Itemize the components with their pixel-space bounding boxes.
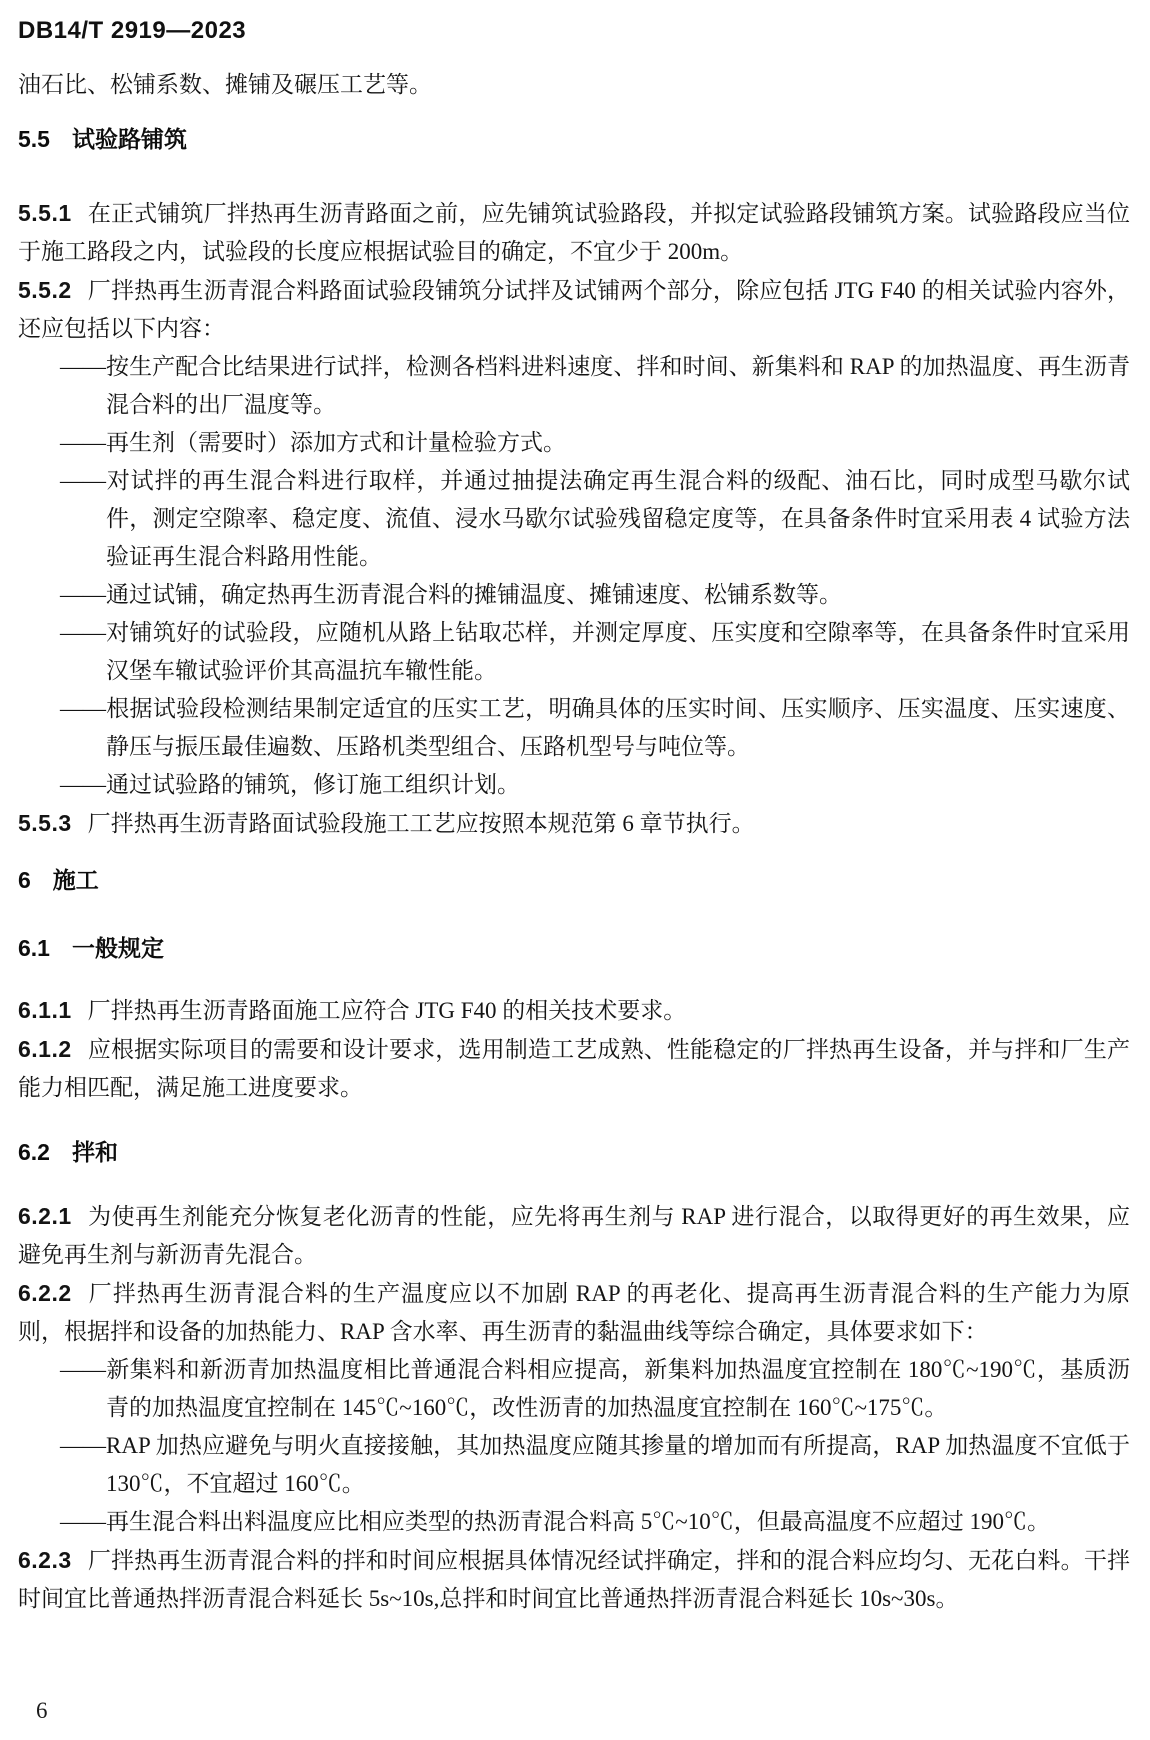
chapter-title: 施工 bbox=[53, 867, 99, 893]
clause-5-5-1: 5.5.1在正式铺筑厂拌热再生沥青路面之前，应先铺筑试验路段，并拟定试验路段铺筑… bbox=[18, 194, 1130, 271]
page-number: 6 bbox=[36, 1698, 48, 1724]
section-number: 6.2 bbox=[18, 1139, 50, 1165]
clause-text: 厂拌热再生沥青路面施工应符合 JTG F40 的相关技术要求。 bbox=[88, 998, 687, 1023]
section-title: 拌和 bbox=[72, 1139, 118, 1165]
section-number: 5.5 bbox=[18, 126, 50, 152]
dash-item: ——再生混合料出料温度应比相应类型的热沥青混合料高 5℃~10℃，但最高温度不应… bbox=[60, 1503, 1130, 1541]
chapter-number: 6 bbox=[18, 867, 31, 893]
clause-text: 厂拌热再生沥青混合料的拌和时间应根据具体情况经试拌确定，拌和的混合料应均匀、无花… bbox=[18, 1548, 1130, 1611]
dash-item: ——RAP 加热应避免与明火直接接触，其加热温度应随其掺量的增加而有所提高，RA… bbox=[60, 1427, 1130, 1503]
section-heading-6-1: 6.1一般规定 bbox=[18, 929, 1130, 967]
section-number: 6.1 bbox=[18, 935, 50, 961]
clause-text: 在正式铺筑厂拌热再生沥青路面之前，应先铺筑试验路段，并拟定试验路段铺筑方案。试验… bbox=[18, 201, 1130, 264]
intro-paragraph: 油石比、松铺系数、摊铺及碾压工艺等。 bbox=[18, 66, 1130, 104]
section-heading-6-2: 6.2拌和 bbox=[18, 1133, 1130, 1171]
clause-number: 6.2.3 bbox=[18, 1547, 72, 1573]
clause-text: 厂拌热再生沥青路面试验段施工工艺应按照本规范第 6 章节执行。 bbox=[88, 811, 755, 836]
section-title: 一般规定 bbox=[72, 935, 164, 961]
clause-5-5-2: 5.5.2厂拌热再生沥青混合料路面试验段铺筑分试拌及试铺两个部分，除应包括 JT… bbox=[18, 271, 1130, 348]
clause-number: 6.1.1 bbox=[18, 997, 72, 1023]
clause-number: 5.5.1 bbox=[18, 200, 72, 226]
clause-5-5-3: 5.5.3厂拌热再生沥青路面试验段施工工艺应按照本规范第 6 章节执行。 bbox=[18, 804, 1130, 843]
dash-item: ——对试拌的再生混合料进行取样，并通过抽提法确定再生混合料的级配、油石比，同时成… bbox=[60, 462, 1130, 576]
dash-item: ——按生产配合比结果进行试拌，检测各档料进料速度、拌和时间、新集料和 RAP 的… bbox=[60, 348, 1130, 424]
clause-6-2-3: 6.2.3厂拌热再生沥青混合料的拌和时间应根据具体情况经试拌确定，拌和的混合料应… bbox=[18, 1541, 1130, 1618]
clause-6-2-1: 6.2.1为使再生剂能充分恢复老化沥青的性能，应先将再生剂与 RAP 进行混合，… bbox=[18, 1197, 1130, 1274]
clause-6-2-2: 6.2.2厂拌热再生沥青混合料的生产温度应以不加剧 RAP 的再老化、提高再生沥… bbox=[18, 1274, 1130, 1351]
dash-item: ——根据试验段检测结果制定适宜的压实工艺，明确具体的压实时间、压实顺序、压实温度… bbox=[60, 690, 1130, 766]
chapter-heading-6: 6施工 bbox=[18, 861, 1130, 899]
section-heading-5-5: 5.5试验路铺筑 bbox=[18, 120, 1130, 158]
clause-text: 厂拌热再生沥青混合料路面试验段铺筑分试拌及试铺两个部分，除应包括 JTG F40… bbox=[18, 278, 1130, 341]
clause-text: 厂拌热再生沥青混合料的生产温度应以不加剧 RAP 的再老化、提高再生沥青混合料的… bbox=[18, 1281, 1130, 1344]
dash-item: ——再生剂（需要时）添加方式和计量检验方式。 bbox=[60, 424, 1130, 462]
clause-6-1-2: 6.1.2应根据实际项目的需要和设计要求，选用制造工艺成熟、性能稳定的厂拌热再生… bbox=[18, 1030, 1130, 1107]
clause-number: 6.2.1 bbox=[18, 1203, 72, 1229]
clause-text: 应根据实际项目的需要和设计要求，选用制造工艺成熟、性能稳定的厂拌热再生设备，并与… bbox=[18, 1037, 1130, 1100]
dash-item: ——新集料和新沥青加热温度相比普通混合料相应提高，新集料加热温度宜控制在 180… bbox=[60, 1351, 1130, 1427]
clause-number: 6.1.2 bbox=[18, 1036, 72, 1062]
clause-number: 6.2.2 bbox=[18, 1280, 72, 1306]
document-page: DB14/T 2919—2023 油石比、松铺系数、摊铺及碾压工艺等。 5.5试… bbox=[0, 0, 1150, 1740]
dash-item: ——通过试验路的铺筑，修订施工组织计划。 bbox=[60, 766, 1130, 804]
doc-code: DB14/T 2919—2023 bbox=[18, 16, 1130, 46]
clause-number: 5.5.3 bbox=[18, 810, 72, 836]
clause-text: 为使再生剂能充分恢复老化沥青的性能，应先将再生剂与 RAP 进行混合，以取得更好… bbox=[18, 1204, 1130, 1267]
clause-6-1-1: 6.1.1厂拌热再生沥青路面施工应符合 JTG F40 的相关技术要求。 bbox=[18, 991, 1130, 1030]
section-title: 试验路铺筑 bbox=[72, 126, 187, 152]
clause-number: 5.5.2 bbox=[18, 277, 72, 303]
dash-item: ——对铺筑好的试验段，应随机从路上钻取芯样，并测定厚度、压实度和空隙率等，在具备… bbox=[60, 614, 1130, 690]
dash-item: ——通过试铺，确定热再生沥青混合料的摊铺温度、摊铺速度、松铺系数等。 bbox=[60, 576, 1130, 614]
